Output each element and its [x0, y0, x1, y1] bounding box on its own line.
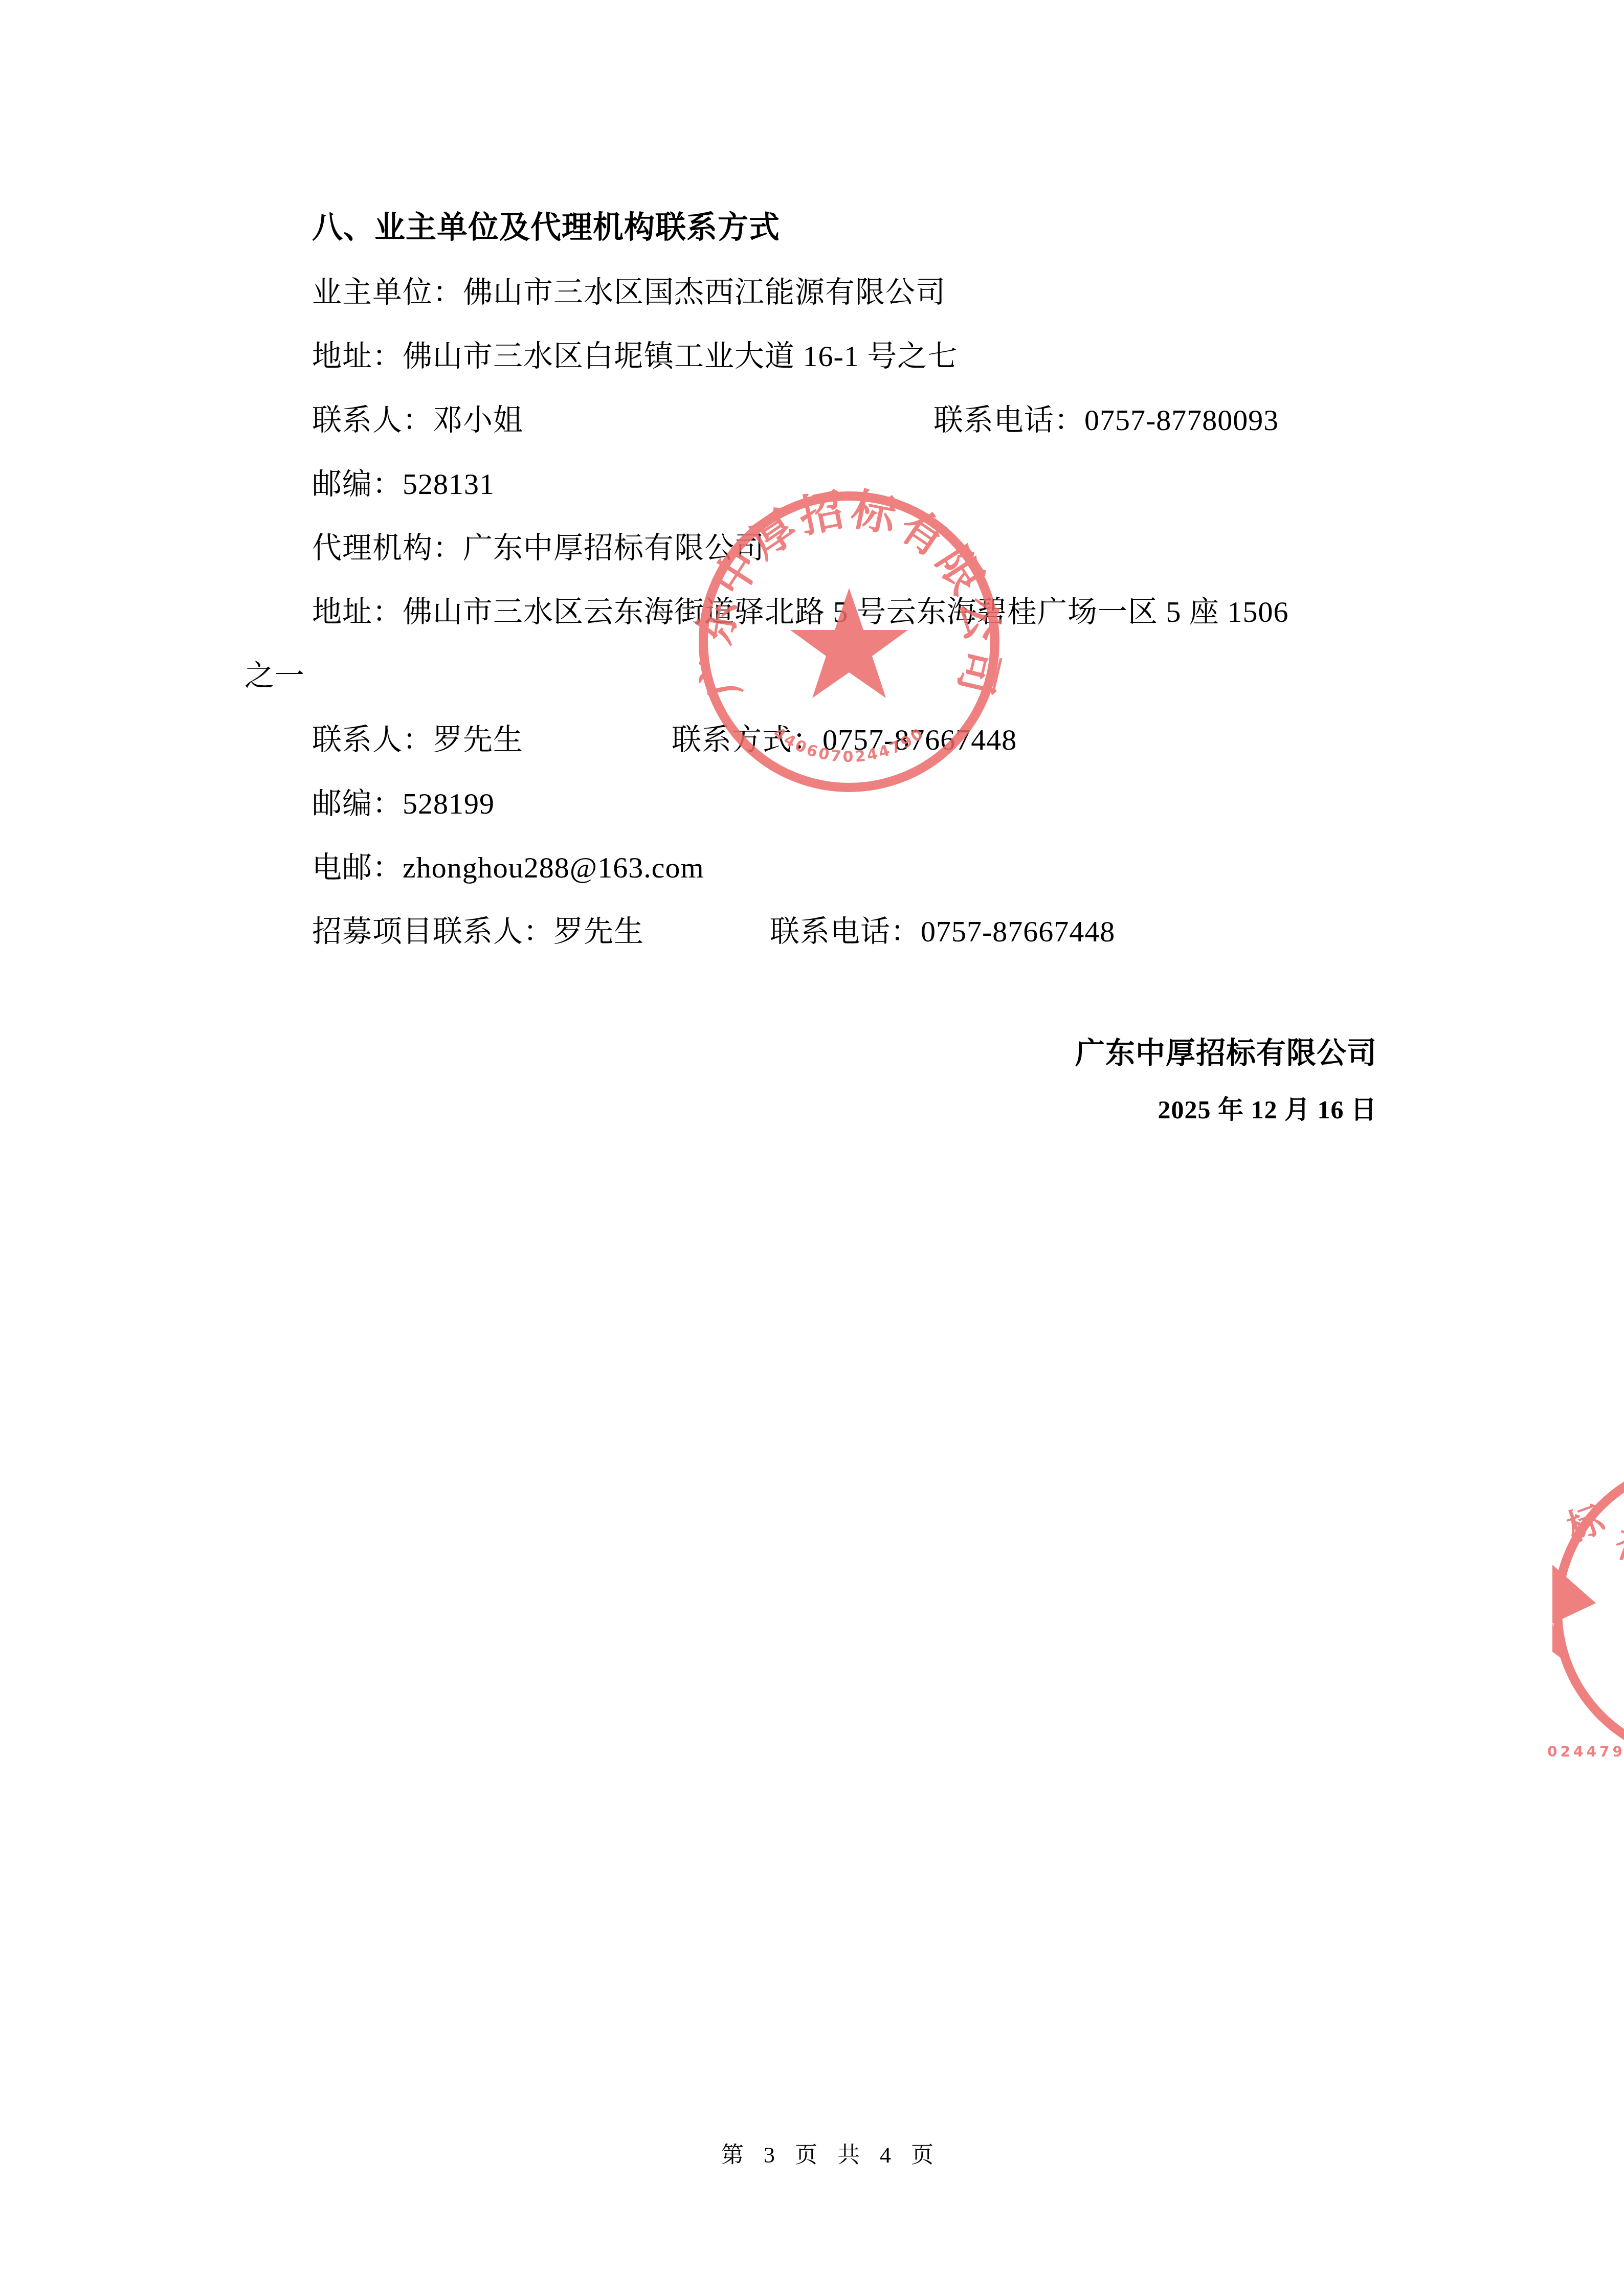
owner-address: 地址：佛山市三水区白坭镇工业大道 16-1 号之七: [312, 339, 958, 374]
page-indicator: 第 3 页 共 4 页: [721, 2136, 941, 2169]
owner-contact-person: 联系人：邓小姐: [312, 402, 523, 438]
agency-email: 电邮：zhonghou288@163.com: [312, 850, 704, 886]
seam-seal-star-icon: [1552, 1565, 1596, 1667]
signature-company: 广东中厚招标有限公司: [1075, 1036, 1377, 1071]
agency-name: 代理机构：广东中厚招标有限公司: [312, 530, 765, 566]
owner-contact-phone: 联系电话：0757-87780093: [933, 402, 1279, 438]
svg-text:0244790: 0244790: [1547, 1743, 1624, 1760]
agency-postcode: 邮编：528199: [312, 786, 495, 822]
agency-address-line1: 地址：佛山市三水区云东海街道驿北路 5 号云东海碧桂广场一区 5 座 1506: [312, 594, 1289, 630]
svg-text:标: 标: [1562, 1497, 1611, 1549]
section-heading: 八、业主单位及代理机构联系方式: [312, 210, 780, 245]
agency-project-phone: 联系电话：0757-87667448: [770, 914, 1115, 950]
svg-text:广东中厚招标有限公司: 广东中厚招标有限公司: [691, 483, 1008, 703]
agency-contact-method: 联系方式：0757-87667448: [672, 722, 1017, 758]
signature-date: 2025 年 12 月 16 日: [1158, 1092, 1377, 1128]
agency-contact-person: 联系人：罗先生: [312, 722, 523, 758]
agency-project-contact: 招募项目联系人：罗先生: [312, 914, 644, 950]
svg-text:有: 有: [1609, 1521, 1624, 1573]
agency-address-line2: 之一: [244, 658, 305, 694]
seam-seal-stamp-partial: 标 有 0244790: [1542, 1447, 1624, 1774]
owner-postcode: 邮编：528131: [312, 466, 495, 502]
owner-unit: 业主单位：佛山市三水区国杰西江能源有限公司: [312, 275, 946, 310]
